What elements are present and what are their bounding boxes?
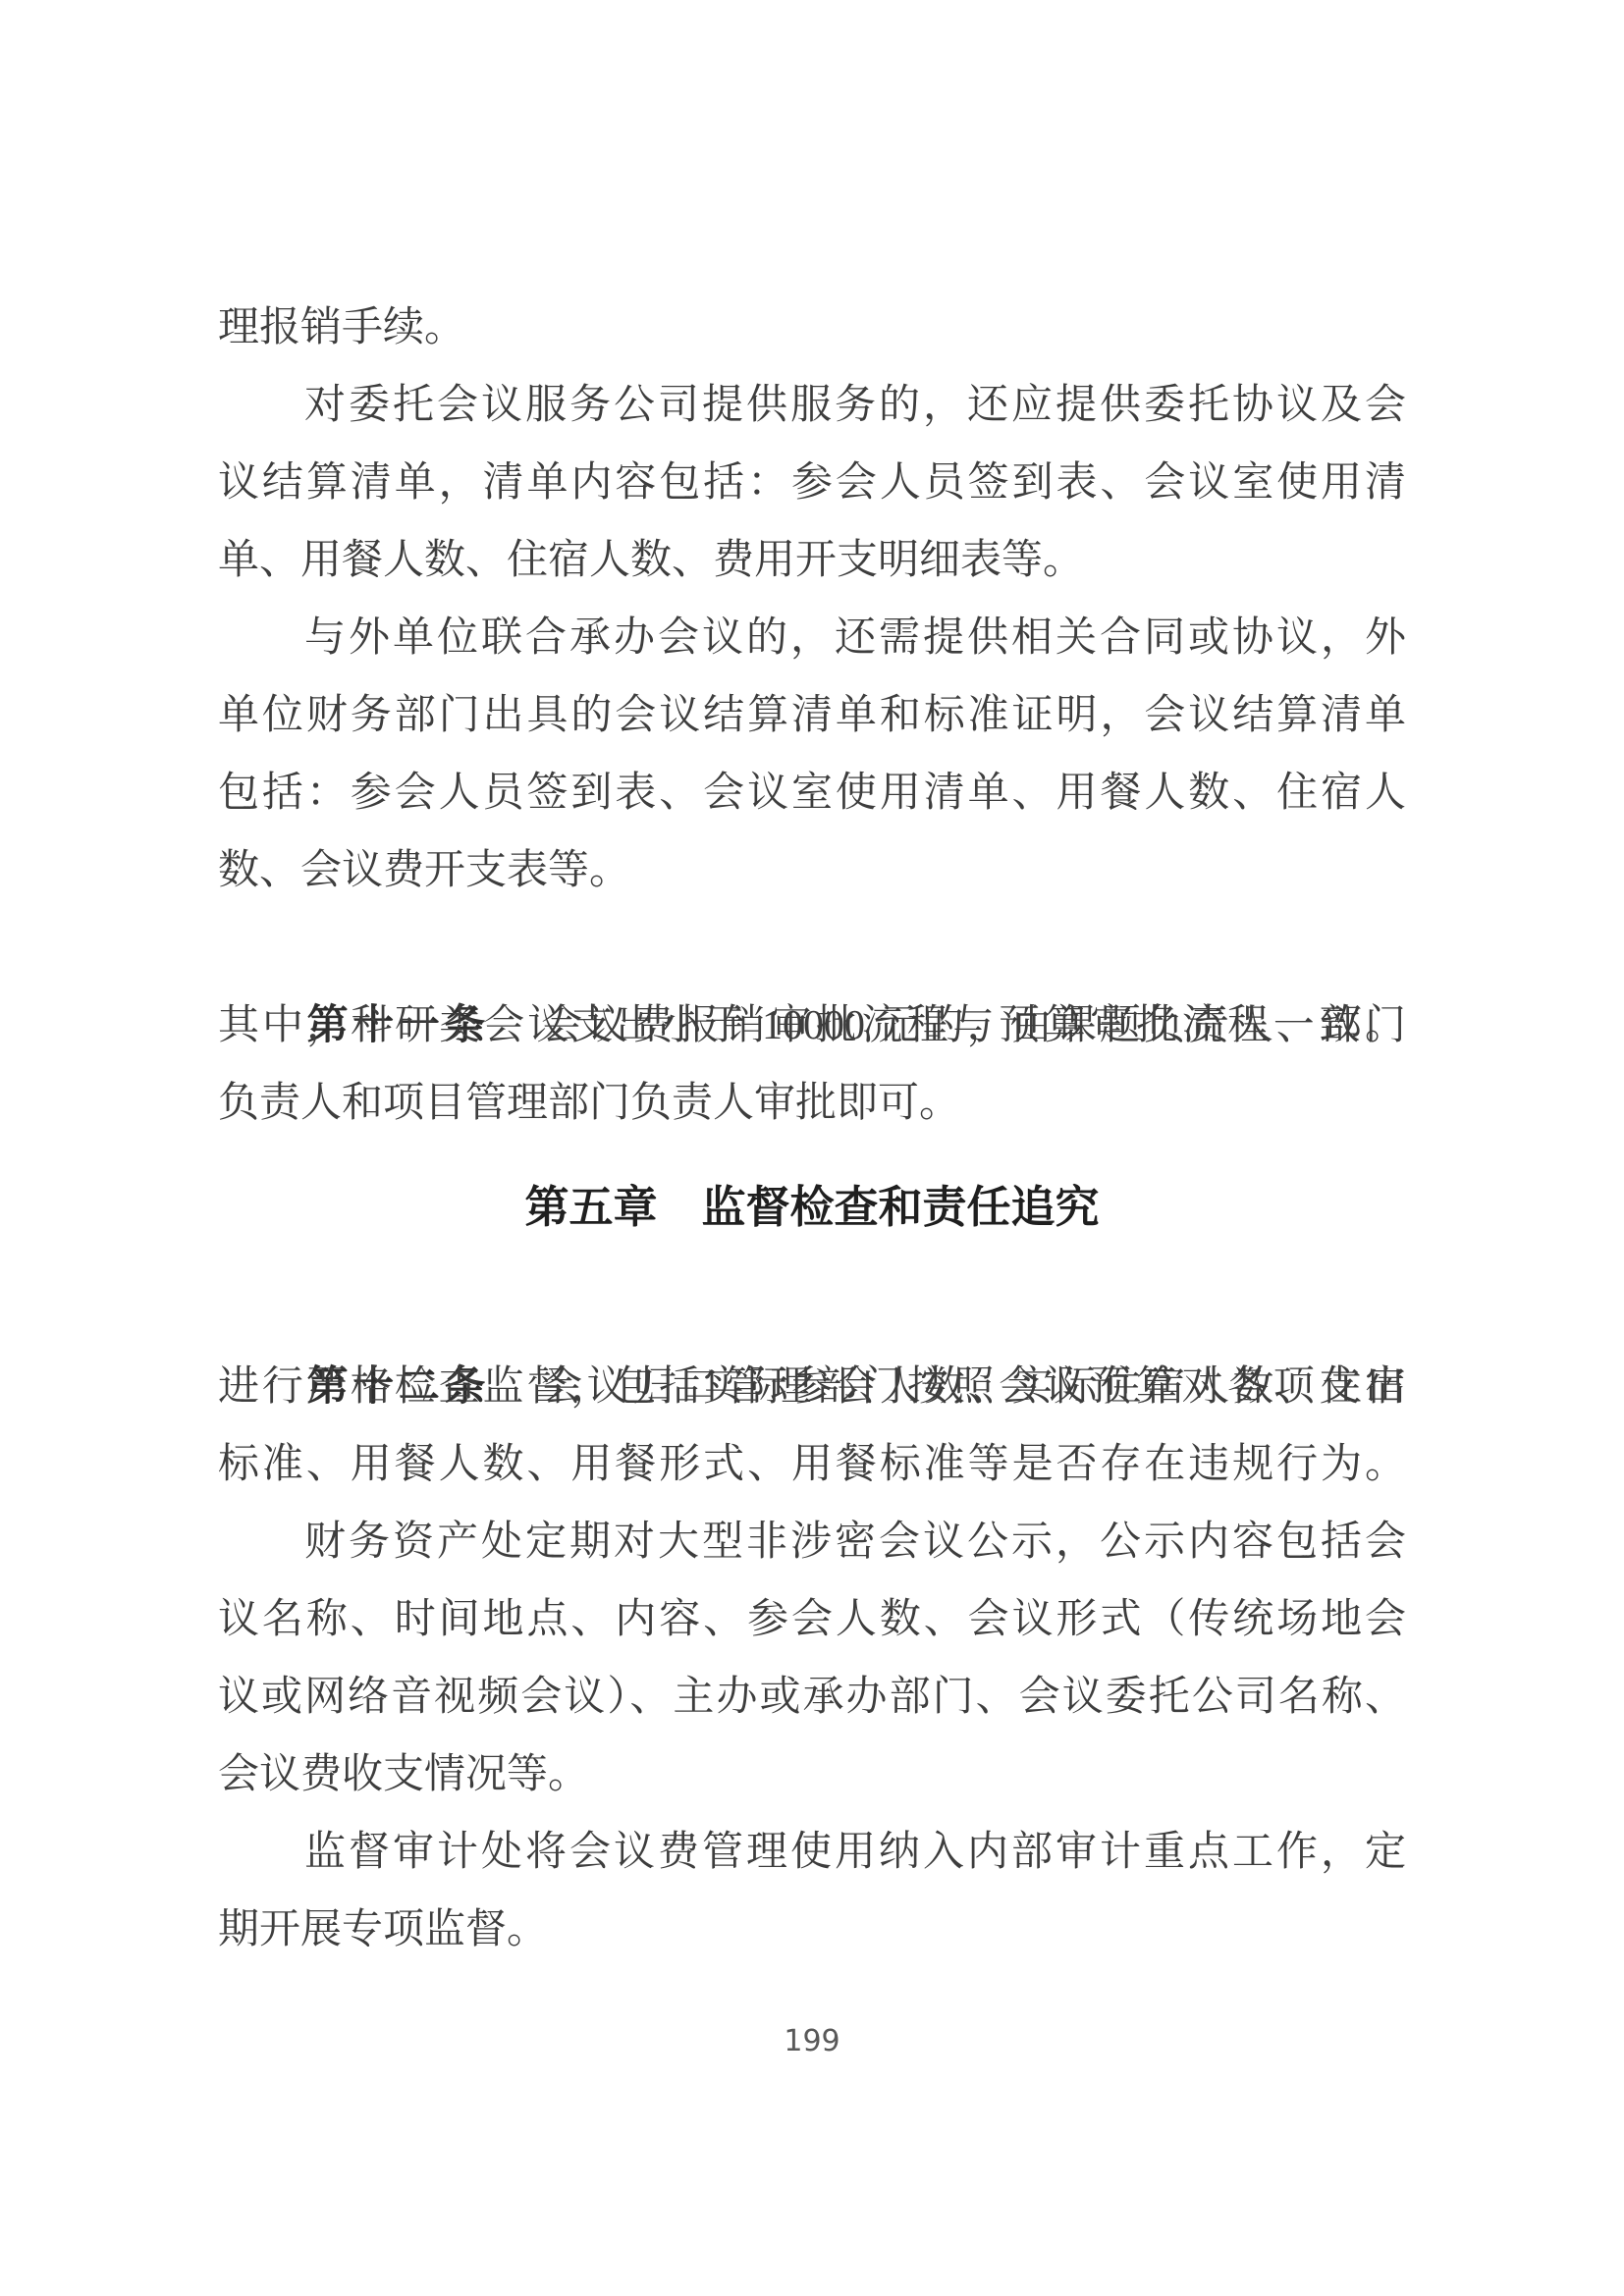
page-number: 199 xyxy=(0,2024,1624,2058)
body-line: 其中，科研类会议支出小于 10000 元的，由课题负责人、部门 xyxy=(218,988,1406,1065)
body-line: 数、会议费开支表等。 xyxy=(218,832,1406,910)
body-line: 包括：参会人员签到表、会议室使用清单、用餐人数、住宿人 xyxy=(218,755,1406,832)
body-line: 监督审计处将会议费管理使用纳入内部审计重点工作，定 xyxy=(218,1814,1406,1892)
body-line: 会议费收支情况等。 xyxy=(218,1736,1406,1814)
body-line: 与外单位联合承办会议的，还需提供相关合同或协议，外 xyxy=(218,600,1406,677)
document-page: 理报销手续。 对委托会议服务公司提供服务的，还应提供委托协议及会 议结算清单，清… xyxy=(0,0,1624,2296)
body-line: 期开展专项监督。 xyxy=(218,1892,1406,1969)
body-line: 对委托会议服务公司提供服务的，还应提供委托协议及会 xyxy=(218,367,1406,445)
body-line: 议结算清单，清单内容包括：参会人员签到表、会议室使用清 xyxy=(218,445,1406,522)
chapter-heading: 第五章 监督检查和责任追究 xyxy=(218,1168,1406,1246)
body-line: 财务资产处定期对大型非涉密会议公示，公示内容包括会 xyxy=(218,1504,1406,1581)
body-line: 单位财务部门出具的会议结算清单和标准证明，会议结算清单 xyxy=(218,677,1406,755)
body-line: 标准、用餐人数、用餐形式、用餐标准等是否存在违规行为。 xyxy=(218,1426,1406,1504)
body-line: 进行严格检查监督，包括实际参会人数、实际住宿人数、住宿 xyxy=(218,1349,1406,1426)
body-line-article-12: 第十二条会议归口管理部门按照会议预算对各项支出 xyxy=(218,1271,1406,1349)
document-body: 理报销手续。 对委托会议服务公司提供服务的，还应提供委托协议及会 议结算清单，清… xyxy=(218,290,1406,1969)
body-line-article-11: 第十一条会议费报销审批流程与预算审批流程一致。 xyxy=(218,910,1406,988)
body-line: 单、用餐人数、住宿人数、费用开支明细表等。 xyxy=(218,522,1406,600)
body-line: 议名称、时间地点、内容、参会人数、会议形式（传统场地会 xyxy=(218,1581,1406,1659)
body-line: 负责人和项目管理部门负责人审批即可。 xyxy=(218,1065,1406,1143)
body-line: 理报销手续。 xyxy=(218,290,1406,367)
body-line: 议或网络音视频会议）、主办或承办部门、会议委托公司名称、 xyxy=(218,1659,1406,1736)
